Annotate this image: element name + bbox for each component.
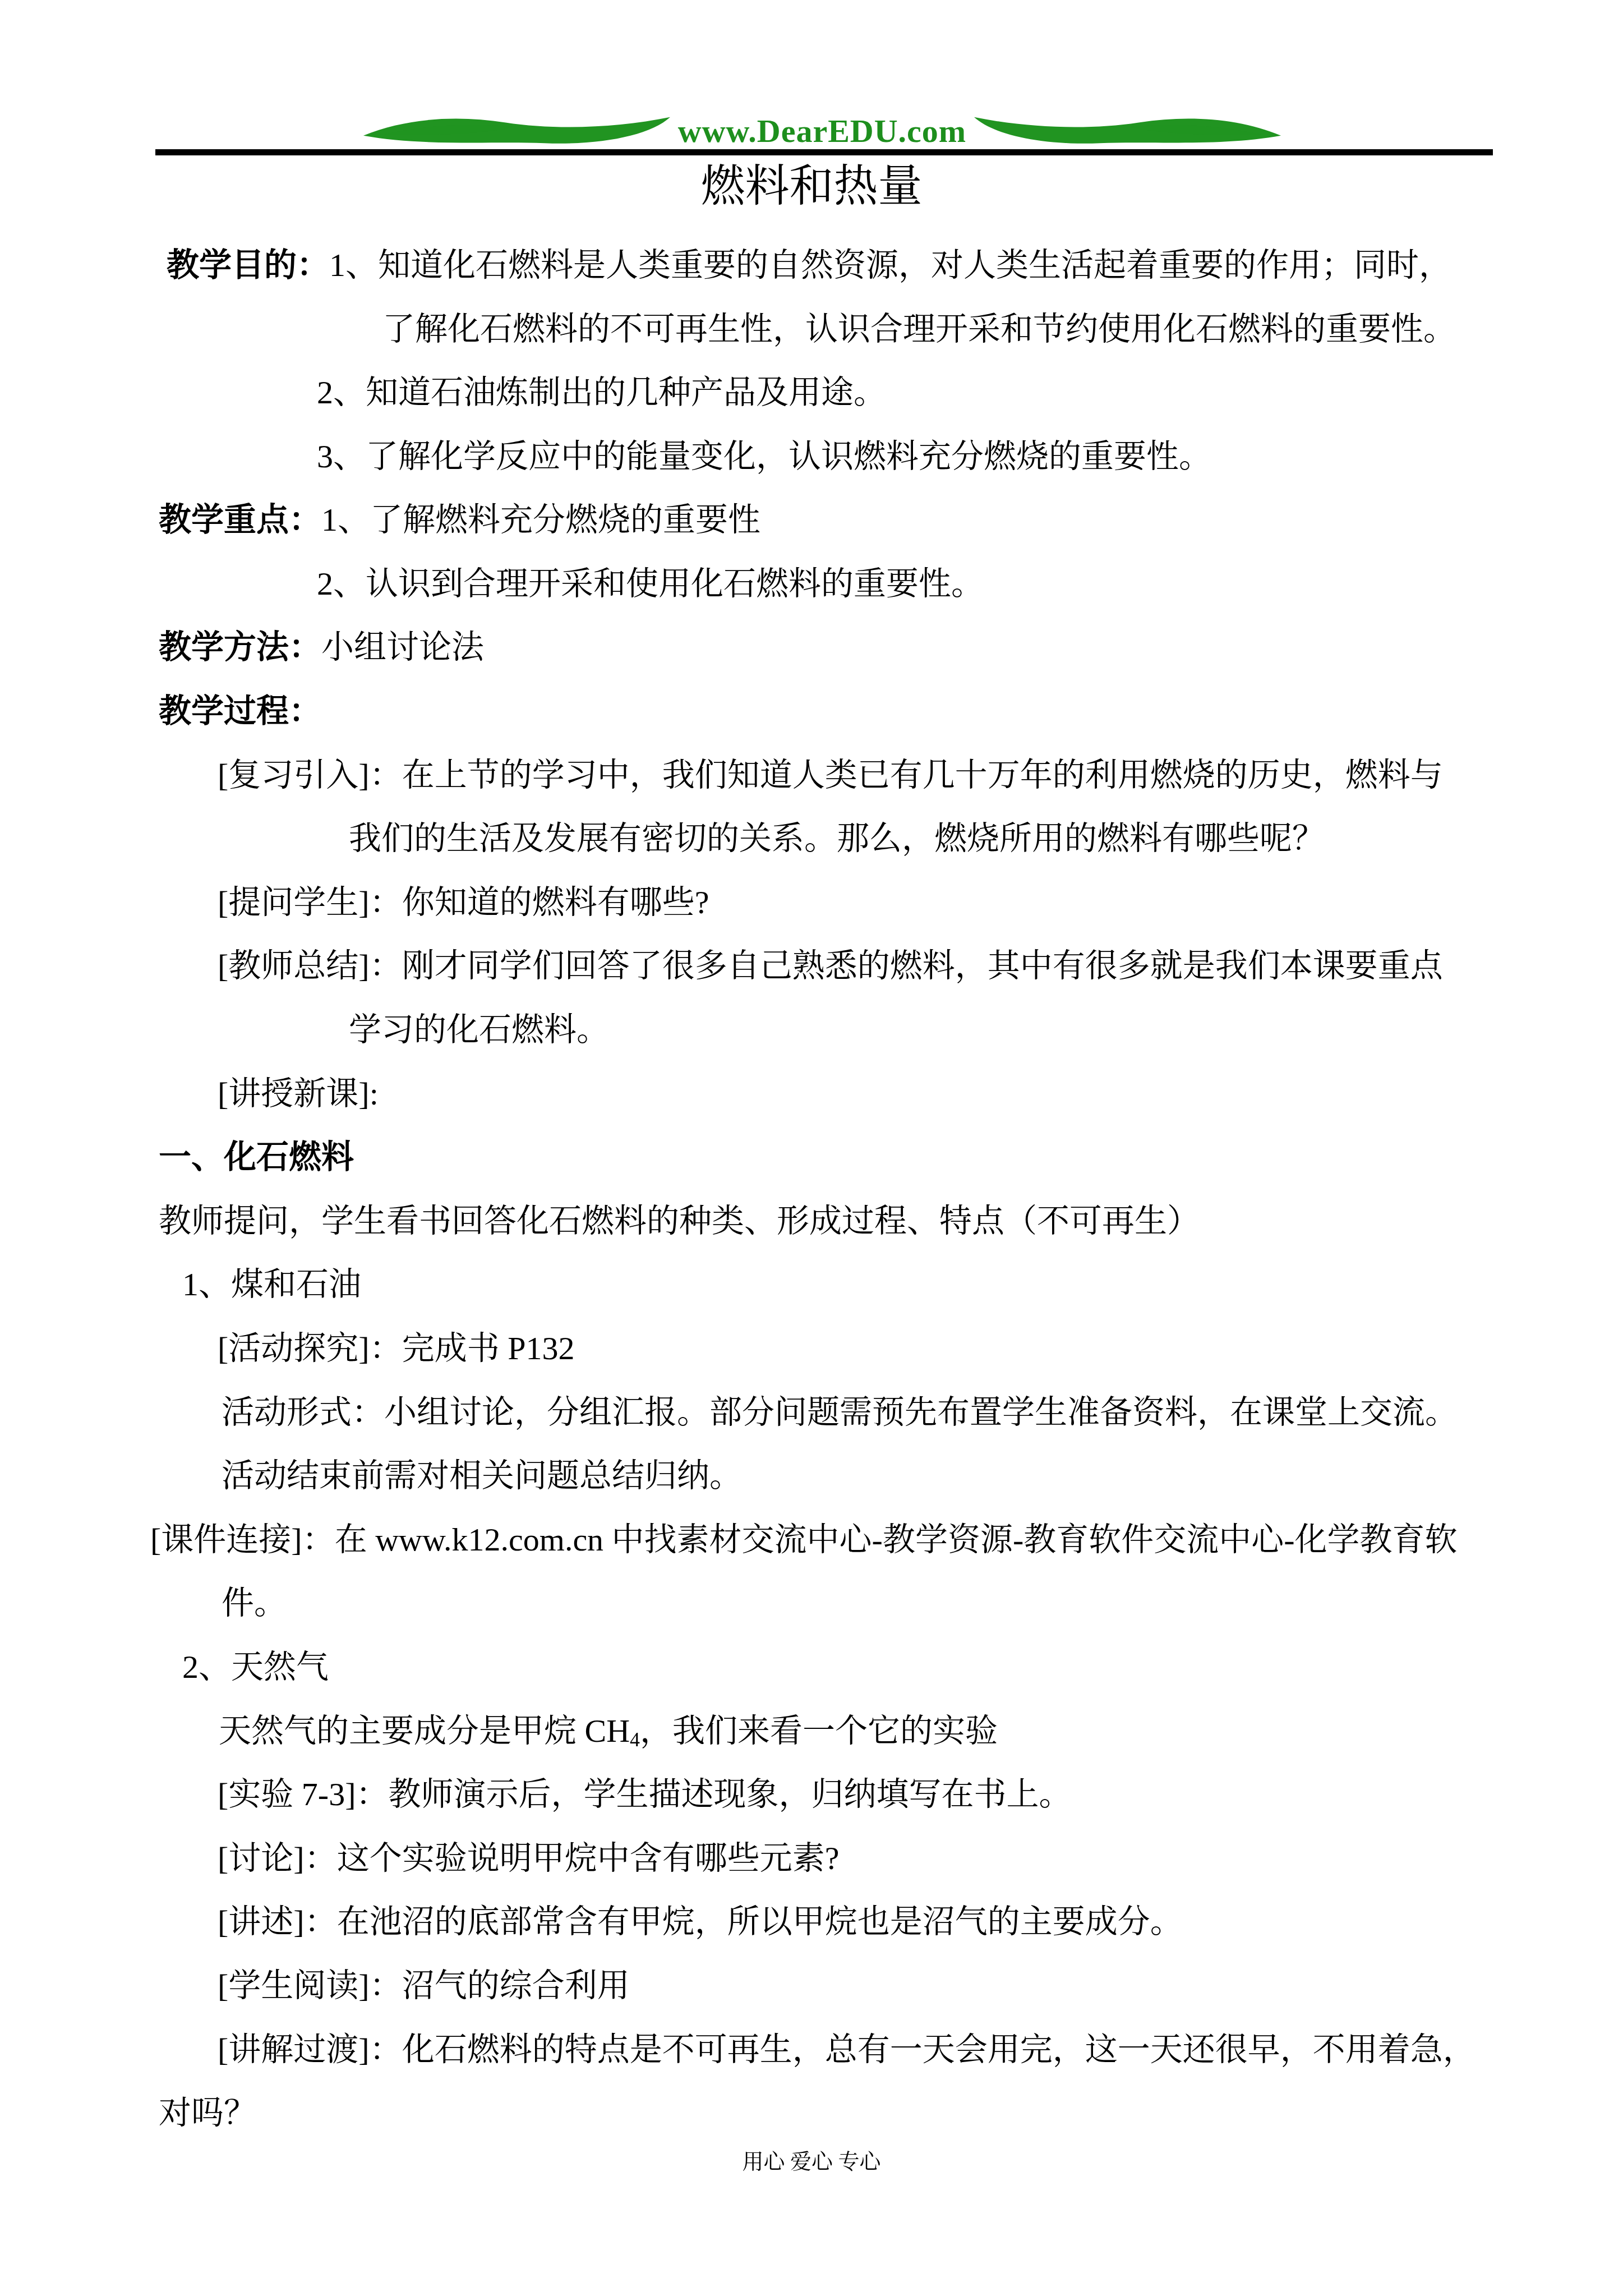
logo-swoosh-left-icon (361, 114, 672, 149)
line-objective-3: 3、了解化学反应中的能量变化，认识燃料充分燃烧的重要性。 (317, 438, 1211, 476)
line-teaching-process: 教学过程： (159, 693, 321, 730)
line-objectives: 教学目的：1、知道化石燃料是人类重要的自然资源，对人类生活起着重要的作用；同时， (167, 247, 1451, 284)
line-courseware-link: [课件连接]：在 www.k12.com.cn 中找素材交流中心-教学资源-教育… (150, 1521, 1458, 1559)
line-objective-2: 2、知道石油炼制出的几种产品及用途。 (317, 374, 886, 412)
line-ask-students: [提问学生]：你知道的燃料有哪些? (218, 884, 709, 922)
line-activity-inquiry: [活动探究]：完成书 P132 (218, 1330, 574, 1368)
logo-swoosh-right-icon (972, 114, 1283, 149)
line-teacher-summary: [教师总结]：刚才同学们回答了很多自己熟悉的燃料，其中有很多就是我们本课要重点 (218, 947, 1443, 985)
methane-text-pre: 天然气的主要成分是甲烷 CH (219, 1713, 630, 1749)
line-review-intro: [复习引入]：在上节的学习中，我们知道人类已有几十万年的利用燃烧的历史，燃料与 (218, 757, 1443, 794)
line-teaching-method: 教学方法：小组讨论法 (159, 629, 484, 666)
line-teacher-summary-continuation: 学习的化石燃料。 (349, 1011, 609, 1049)
line-coal-and-oil: 1、煤和石油 (182, 1266, 361, 1304)
methane-text-post: ，我们来看一个它的实验 (640, 1713, 998, 1749)
line-student-reading: [学生阅读]：沼气的综合利用 (218, 1967, 630, 2005)
line-courseware-link-continuation: 件。 (222, 1585, 287, 1622)
logo-url-text: www.DearEDU.com (672, 115, 972, 148)
dearedu-logo: www.DearEDU.com (299, 113, 1345, 149)
line-teacher-question: 教师提问，学生看书回答化石燃料的种类、形成过程、特点（不可再生） (159, 1203, 1200, 1240)
line-objectives-continuation: 了解化石燃料的不可再生性，认识合理开采和节约使用化石燃料的重要性。 (382, 311, 1456, 348)
objectives-label: 教学目的： (167, 247, 329, 283)
teaching-process-label: 教学过程： (159, 693, 321, 729)
line-experiment-7-3: [实验 7-3]：教师演示后，学生描述现象，归纳填写在书上。 (218, 1776, 1071, 1814)
teaching-method-value: 小组讨论法 (321, 629, 484, 665)
line-discussion: [讨论]：这个实验说明甲烷中含有哪些元素? (218, 1840, 839, 1878)
line-new-lesson: [讲授新课]: (218, 1075, 379, 1113)
key-points-label: 教学重点： (159, 501, 321, 538)
line-key-point-2: 2、认识到合理开采和使用化石燃料的重要性。 (317, 565, 984, 603)
document-page: www.DearEDU.com 燃料和热量 教学目的：1、知道化石燃料是人类重要… (0, 0, 1623, 2296)
page-footer: 用心 爱心 专心 (0, 2150, 1623, 2175)
line-activity-format: 活动形式：小组讨论，分组汇报。部分问题需预先布置学生准备资料，在课堂上交流。 (222, 1394, 1458, 1432)
key-point-1: 1、了解燃料充分燃烧的重要性 (321, 501, 760, 538)
line-key-points: 教学重点：1、了解燃料充分燃烧的重要性 (159, 501, 760, 539)
header-rule (155, 149, 1493, 155)
objectives-item-1: 1、知道化石燃料是人类重要的自然资源，对人类生活起着重要的作用；同时， (329, 247, 1451, 283)
methane-subscript: 4 (630, 1728, 640, 1751)
line-transition: [讲解过渡]：化石燃料的特点是不可再生，总有一天会用完，这一天还很早，不用着急， (218, 2031, 1476, 2069)
line-methane-composition: 天然气的主要成分是甲烷 CH4，我们来看一个它的实验 (219, 1713, 998, 1751)
line-lecture: [讲述]：在池沼的底部常含有甲烷，所以甲烷也是沼气的主要成分。 (218, 1903, 1183, 1941)
line-section-1-fossil-fuels: 一、化石燃料 (159, 1139, 354, 1176)
line-activity-wrapup: 活动结束前需对相关问题总结归纳。 (222, 1457, 742, 1495)
teaching-method-label: 教学方法： (159, 629, 321, 665)
page-title: 燃料和热量 (0, 163, 1623, 212)
line-review-intro-continuation: 我们的生活及发展有密切的关系。那么，燃烧所用的燃料有哪些呢？ (349, 820, 1325, 858)
line-natural-gas: 2、天然气 (182, 1649, 329, 1686)
line-transition-continuation: 对吗？ (159, 2095, 256, 2132)
